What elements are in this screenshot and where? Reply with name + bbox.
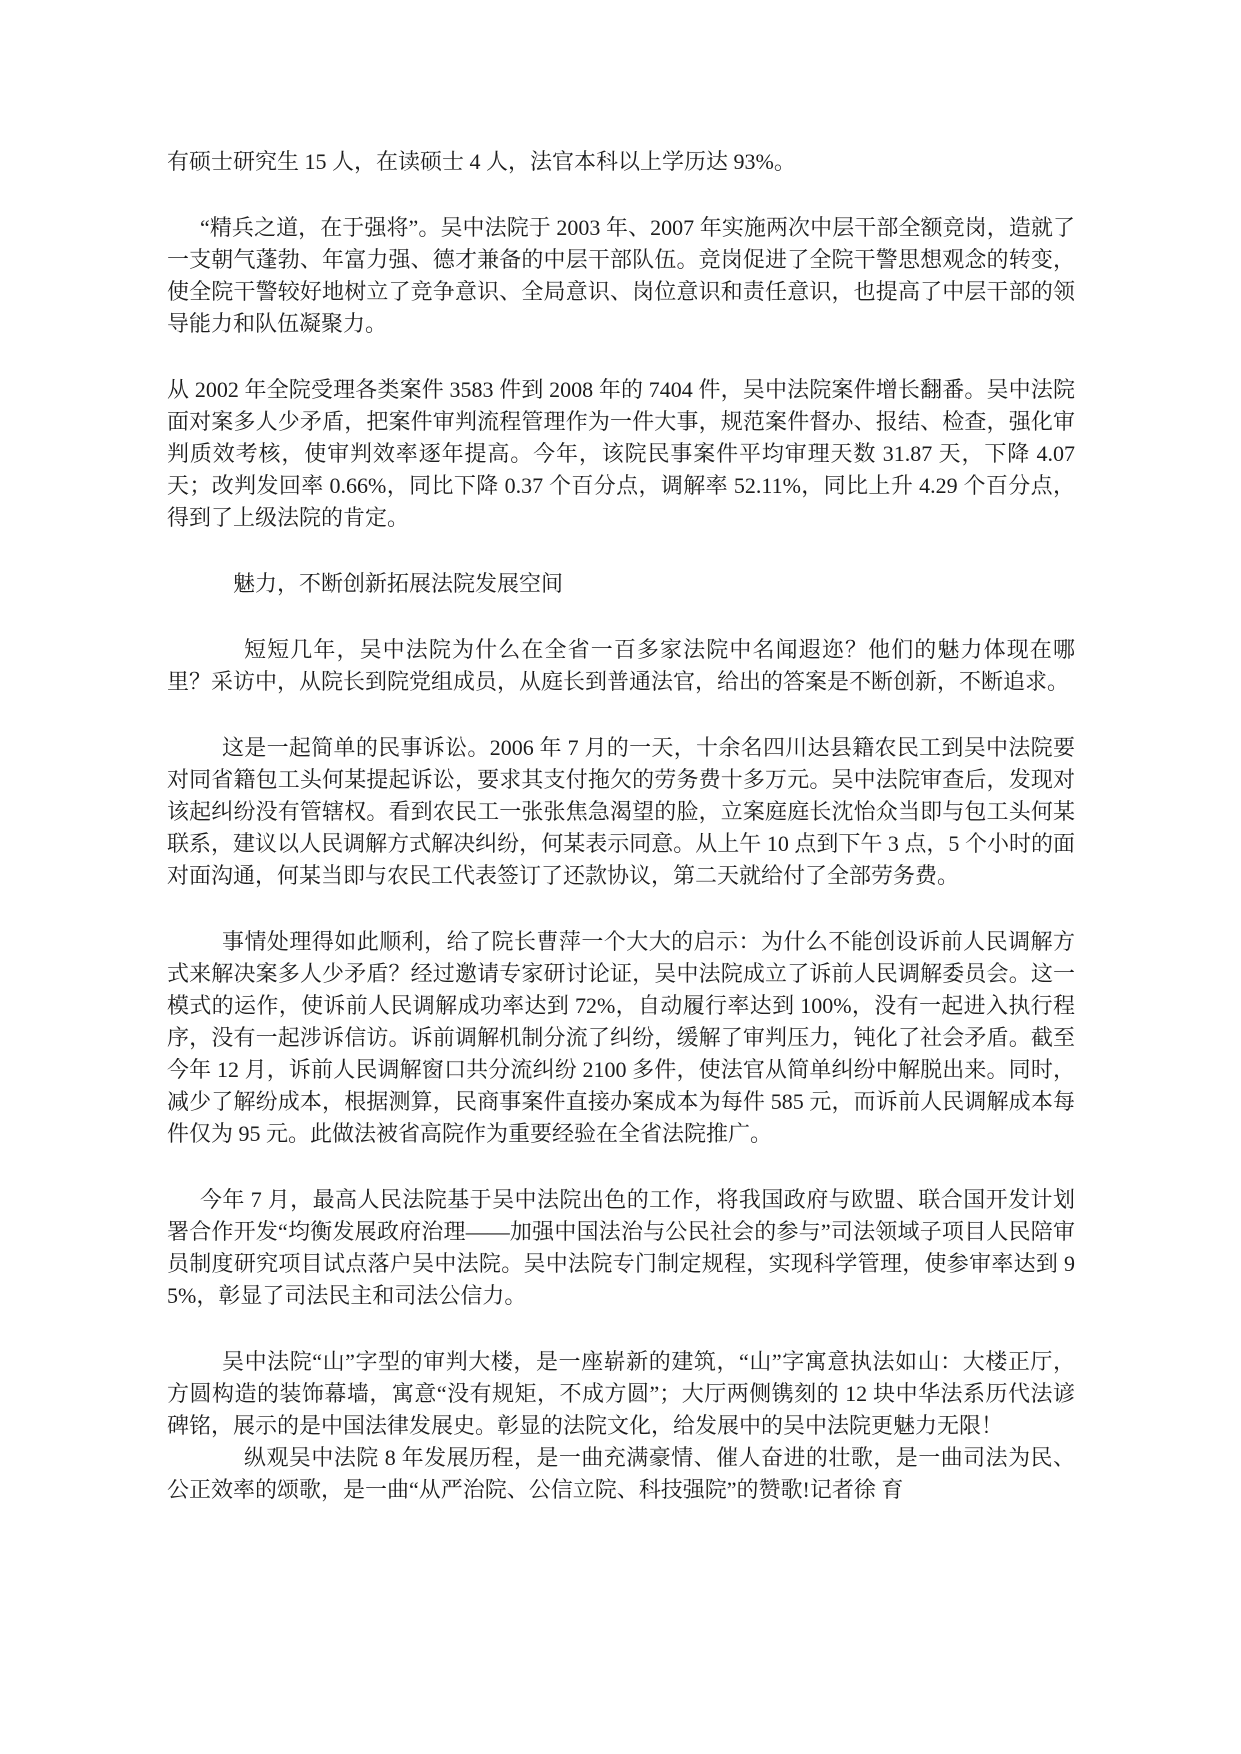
document-page: 有硕士研究生 15 人，在读硕士 4 人，法官本科以上学历达 93%。 “精兵之… (0, 0, 1241, 1754)
paragraph-cadre-competition: “精兵之道，在于强将”。吴中法院于 2003 年、2007 年实施两次中层干部全… (167, 212, 1075, 340)
paragraph-peoples-assessor-project: 今年 7 月，最高人民法院基于吴中法院出色的工作，将我国政府与欧盟、联合国开发计… (167, 1184, 1075, 1312)
paragraph-education-stats: 有硕士研究生 15 人，在读硕士 4 人，法官本科以上学历达 93%。 (167, 146, 1075, 178)
paragraph-court-building-culture: 吴中法院“山”字型的审判大楼，是一座崭新的建筑，“山”字寓意执法如山：大楼正厅，… (167, 1346, 1075, 1442)
paragraph-innovation-answer: 短短几年，吴中法院为什么在全省一百多家法院中名闻遐迩？他们的魅力体现在哪里？采访… (167, 634, 1075, 698)
paragraph-closing-tribute: 纵观吴中法院 8 年发展历程，是一曲充满豪情、催人奋进的壮歌，是一曲司法为民、公… (167, 1442, 1075, 1506)
section-heading-charm: 魅力，不断创新拓展法院发展空间 (167, 568, 1075, 600)
paragraph-civil-lawsuit-story: 这是一起简单的民事诉讼。2006 年 7 月的一天，十余名四川达县籍农民工到吴中… (167, 732, 1075, 892)
paragraph-caseload-efficiency: 从 2002 年全院受理各类案件 3583 件到 2008 年的 7404 件，… (167, 374, 1075, 534)
paragraph-pretrial-mediation: 事情处理得如此顺利，给了院长曹萍一个大大的启示：为什么不能创设诉前人民调解方式来… (167, 926, 1075, 1150)
